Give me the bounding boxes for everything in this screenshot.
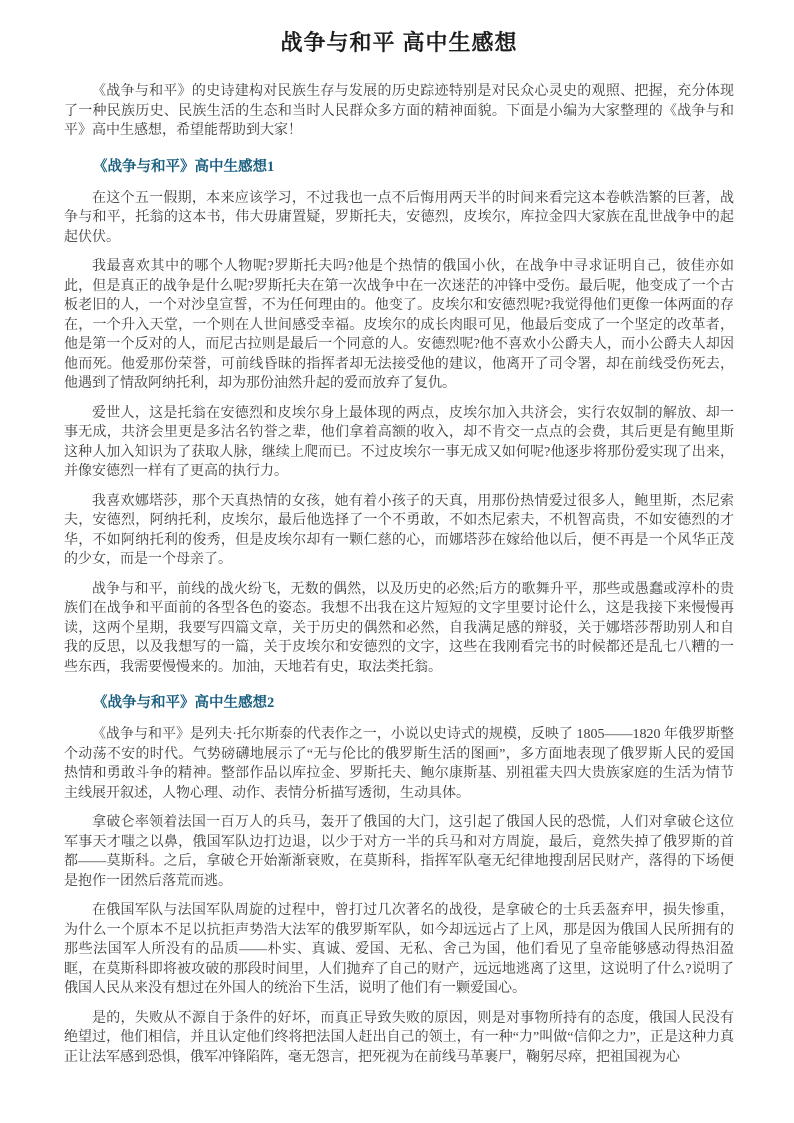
paragraph: 拿破仑率领着法国一百万人的兵马，轰开了俄国的大门，这引起了俄国人民的恐慌，人们对… xyxy=(64,813,734,891)
paragraph: 战争与和平，前线的战火纷飞，无数的偶然，以及历史的必然;后方的歌舞升平，那些或愚… xyxy=(64,580,734,678)
paragraph: 爱世人，这是托翁在安德烈和皮埃尔身上最体现的两点，皮埃尔加入共济会，实行农奴制的… xyxy=(64,404,734,482)
section-1: 《战争与和平》高中生感想1 在这个五一假期，本来应该学习，不过我也一点不后悔用两… xyxy=(64,157,734,678)
paragraph: 《战争与和平》是列夫·托尔斯泰的代表作之一，小说以史诗式的规模，反映了 1805… xyxy=(64,725,734,803)
document-page: 战争与和平 高中生感想 《战争与和平》的史诗建构对民族生存与发展的历史踪迹特别是… xyxy=(0,0,794,1123)
section-2-heading: 《战争与和平》高中生感想2 xyxy=(64,693,734,713)
section-1-heading: 《战争与和平》高中生感想1 xyxy=(64,157,734,177)
paragraph: 我最喜欢其中的哪个人物呢?罗斯托夫吗?他是个热情的俄国小伙，在战争中寻求证明自己… xyxy=(64,257,734,394)
paragraph: 在这个五一假期，本来应该学习，不过我也一点不后悔用两天半的时间来看完这本卷帙浩繁… xyxy=(64,189,734,248)
paragraph: 在俄国军队与法国军队周旋的过程中，曾打过几次著名的战役，是拿破仑的士兵丢盔弃甲，… xyxy=(64,901,734,999)
intro-paragraph: 《战争与和平》的史诗建构对民族生存与发展的历史踪迹特别是对民众心灵史的观照、把握… xyxy=(64,82,734,141)
paragraph: 我喜欢娜塔莎，那个天真热情的女孩，她有着小孩子的天真，用那份热情爱过很多人，鲍里… xyxy=(64,492,734,570)
document-title: 战争与和平 高中生感想 xyxy=(64,28,734,58)
paragraph: 是的，失败从不源自于条件的好坏，而真正导致失败的原因，则是对事物所持有的态度，俄… xyxy=(64,1009,734,1068)
section-2: 《战争与和平》高中生感想2 《战争与和平》是列夫·托尔斯泰的代表作之一，小说以史… xyxy=(64,693,734,1067)
